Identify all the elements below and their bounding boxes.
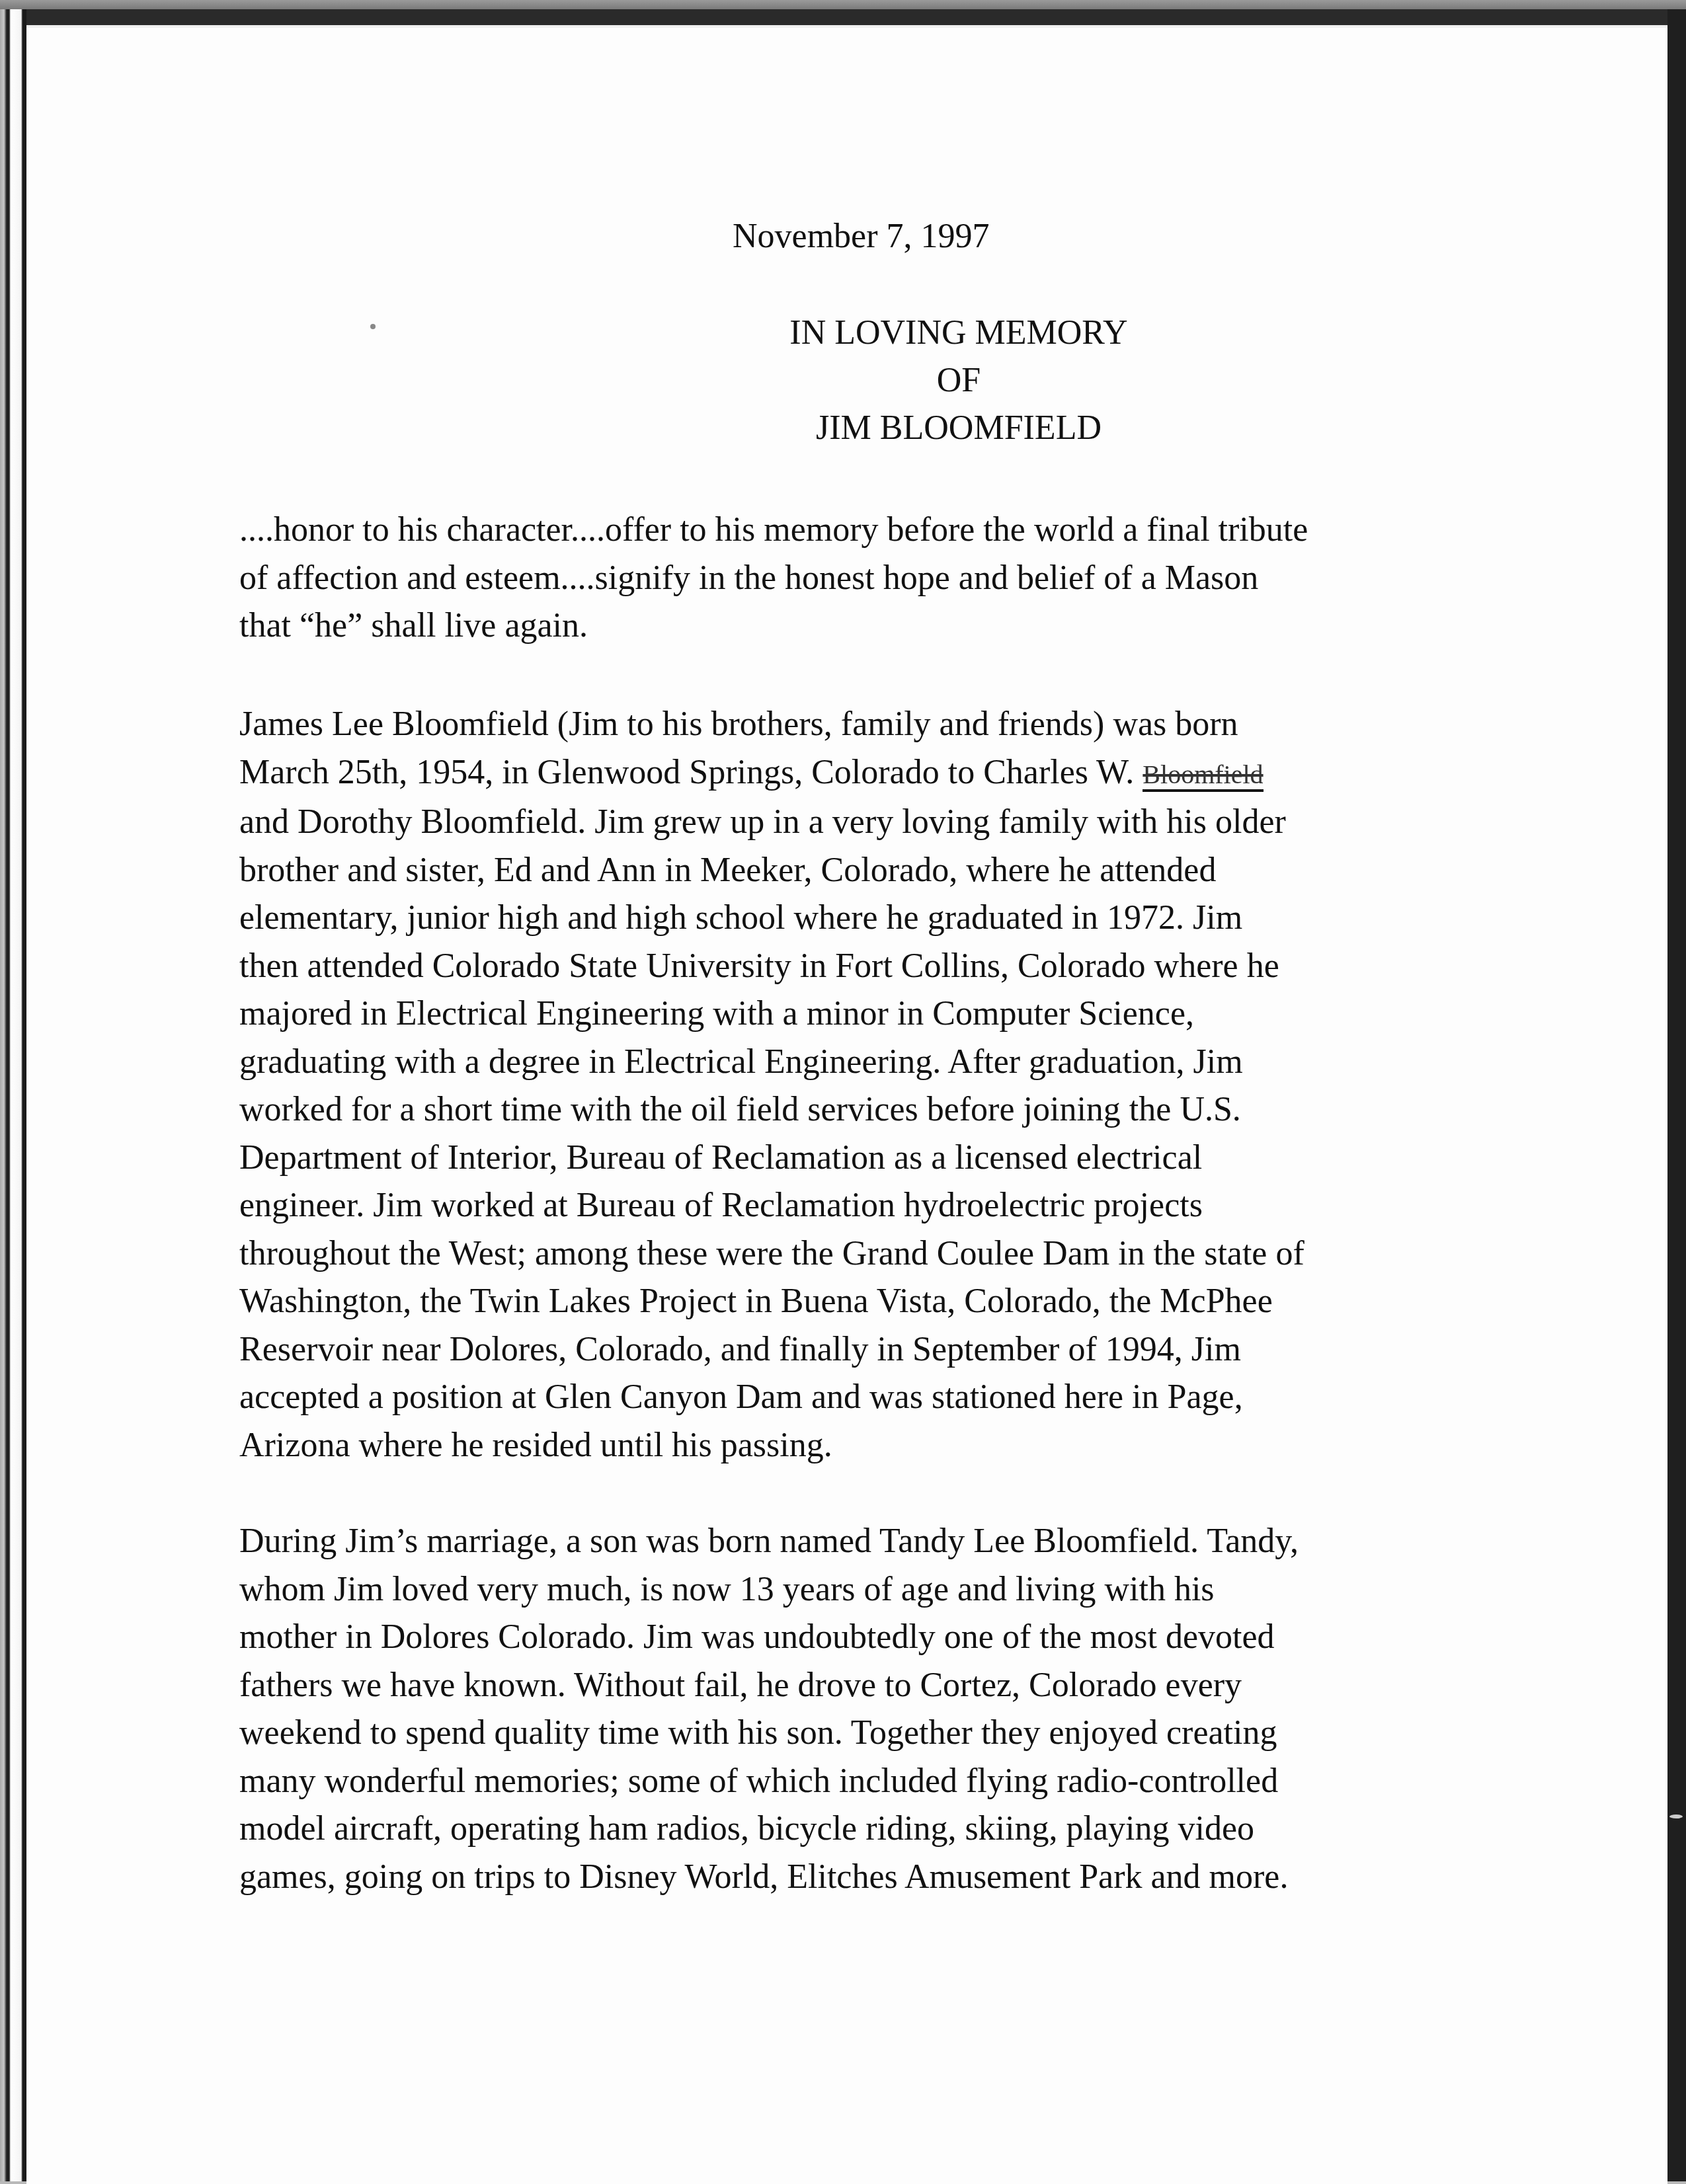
scan-speck — [370, 324, 376, 329]
text-line: graduating with a degree in Electrical E… — [239, 1038, 1555, 1087]
text-line: Washington, the Twin Lakes Project in Bu… — [239, 1278, 1555, 1326]
text-line-content: March 25th, 1954, in Glenwood Springs, C… — [239, 754, 1134, 791]
text-line: weekend to spend quality time with his s… — [239, 1709, 1555, 1758]
text-line: worked for a short time with the oil fie… — [239, 1086, 1555, 1134]
text-line: of affection and esteem....signify in th… — [239, 555, 1555, 603]
text-line: During Jim’s marriage, a son was born na… — [239, 1518, 1555, 1566]
text-line: James Lee Bloomfield (Jim to his brother… — [239, 701, 1555, 749]
text-line: elementary, junior high and high school … — [239, 894, 1555, 943]
text-line: March 25th, 1954, in Glenwood Springs, C… — [239, 749, 1555, 799]
scanner-left-border — [0, 9, 26, 2181]
scanned-page-background: November 7, 1997 IN LOVING MEMORY OF JIM… — [0, 0, 1686, 2181]
memorial-title: IN LOVING MEMORY OF JIM BLOOMFIELD — [582, 309, 1336, 452]
scanner-right-border — [1667, 9, 1686, 2181]
text-line: ....honor to his character....offer to h… — [239, 506, 1555, 555]
biography-paragraph: James Lee Bloomfield (Jim to his brother… — [239, 701, 1555, 1469]
struck-out-word: Bloomfield — [1143, 760, 1263, 792]
scanner-top-strip — [0, 0, 1686, 9]
text-line: games, going on trips to Disney World, E… — [239, 1853, 1555, 1902]
text-line: Reservoir near Dolores, Colorado, and fi… — [239, 1326, 1555, 1374]
text-line: Arizona where he resided until his passi… — [239, 1422, 1555, 1470]
family-paragraph: During Jim’s marriage, a son was born na… — [239, 1518, 1555, 1901]
title-line: OF — [582, 357, 1336, 405]
text-line: that “he” shall live again. — [239, 602, 1555, 650]
masonic-quote-paragraph: ....honor to his character....offer to h… — [239, 506, 1555, 650]
document-date: November 7, 1997 — [733, 213, 1063, 261]
title-line: IN LOVING MEMORY — [582, 309, 1336, 357]
text-line: Department of Interior, Bureau of Reclam… — [239, 1134, 1555, 1183]
text-line: whom Jim loved very much, is now 13 year… — [239, 1566, 1555, 1614]
text-line: majored in Electrical Engineering with a… — [239, 990, 1555, 1038]
scanner-top-border — [0, 9, 1686, 25]
text-line: mother in Dolores Colorado. Jim was undo… — [239, 1614, 1555, 1662]
scan-speck — [1669, 1814, 1683, 1818]
title-line: JIM BLOOMFIELD — [582, 405, 1336, 452]
text-line: and Dorothy Bloomfield. Jim grew up in a… — [239, 799, 1555, 847]
text-line: accepted a position at Glen Canyon Dam a… — [239, 1374, 1555, 1422]
text-line: throughout the West; among these were th… — [239, 1230, 1555, 1278]
text-line: many wonderful memories; some of which i… — [239, 1758, 1555, 1806]
text-line: then attended Colorado State University … — [239, 943, 1555, 991]
text-line: fathers we have known. Without fail, he … — [239, 1662, 1555, 1710]
text-line: model aircraft, operating ham radios, bi… — [239, 1805, 1555, 1853]
text-line: engineer. Jim worked at Bureau of Reclam… — [239, 1182, 1555, 1230]
text-line: brother and sister, Ed and Ann in Meeker… — [239, 847, 1555, 895]
